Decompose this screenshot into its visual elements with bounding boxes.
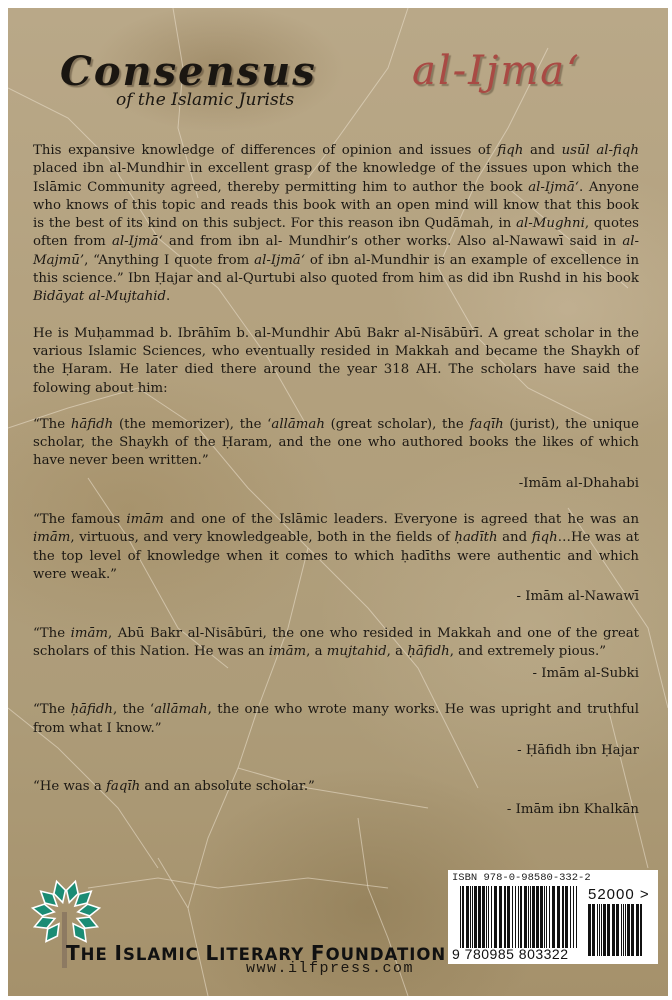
- quote-attribution: - Imām al-Nawawī: [33, 588, 639, 606]
- quote-attribution: - Imām ibn Khalkān: [33, 801, 639, 819]
- back-cover-text: This expansive knowledge of differences …: [33, 142, 639, 837]
- book-subtitle: of the Islamic Jurists: [116, 90, 294, 110]
- book-title: Consensus: [60, 48, 317, 95]
- price-code: 52000 >: [588, 886, 650, 903]
- isbn-label: ISBN 978-0-98580-332-2: [452, 872, 591, 884]
- scholar-quotes: “The hāfidh (the memorizer), the ‘allāma…: [33, 416, 639, 819]
- quote-text: “The famous imām and one of the Islāmic …: [33, 511, 639, 584]
- quote-attribution: - Imām al-Subki: [33, 665, 639, 683]
- quote-text: “The hāfidh (the memorizer), the ‘allāma…: [33, 416, 639, 471]
- quote-attribution: - Ḥāfidh ibn Ḥajar: [33, 742, 639, 760]
- quote-attribution: -Imām al-Dhahabi: [33, 475, 639, 493]
- arabic-title: al-Ijma‘: [412, 48, 581, 94]
- biography-paragraph: He is Muḥammad b. Ibrāhīm b. al-Mundhir …: [33, 325, 639, 398]
- ean-digits: 9 780985 803322: [452, 946, 569, 962]
- intro-paragraph: This expansive knowledge of differences …: [33, 142, 639, 307]
- price-barcode-bars: [588, 904, 642, 956]
- book-back-cover: Consensus of the Islamic Jurists al-Ijma…: [8, 8, 668, 996]
- quote-text: “The ḥāfidh, the ‘allāmah, the one who w…: [33, 701, 639, 738]
- quote-text: “The imām, Abū Bakr al-Nisābūri, the one…: [33, 625, 639, 662]
- quote-text: “He was a faqīh and an absolute scholar.…: [33, 778, 639, 796]
- ean-barcode-bars: [460, 886, 578, 948]
- publisher-url[interactable]: www.ilfpress.com: [246, 960, 414, 977]
- isbn-barcode: ISBN 978-0-98580-332-2 52000 > 9 780985 …: [448, 870, 658, 964]
